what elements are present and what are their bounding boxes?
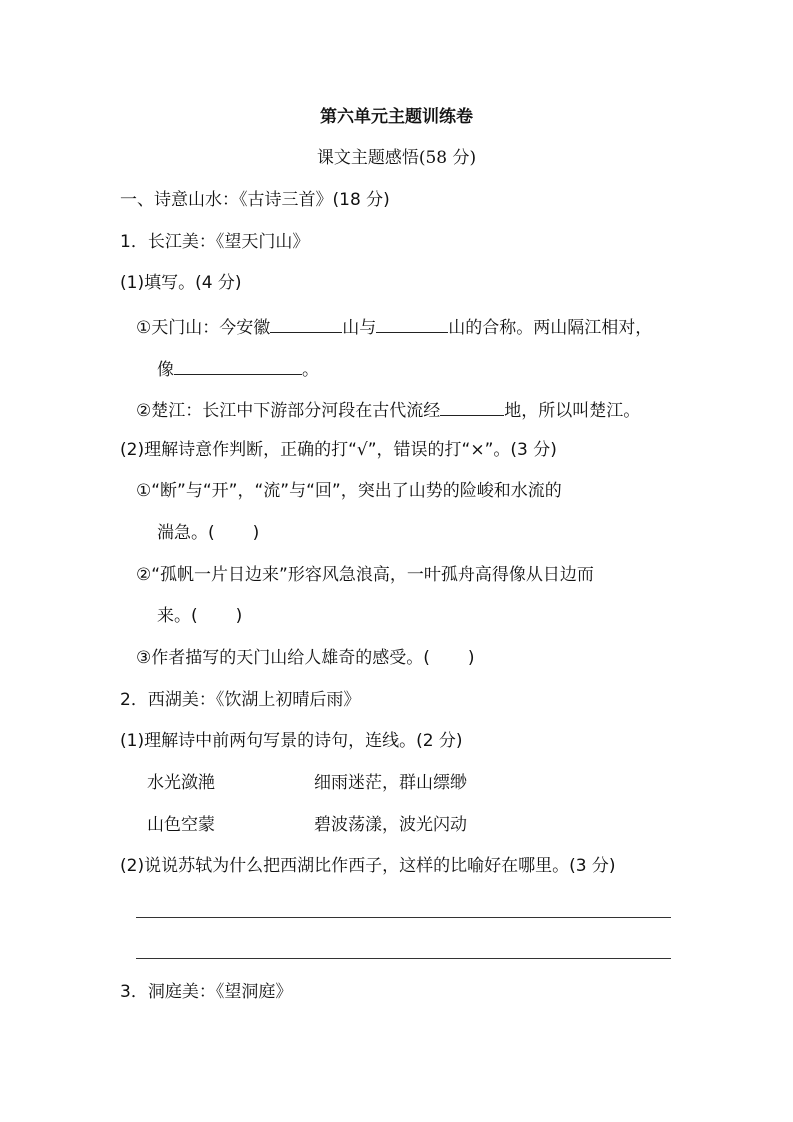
question-2-heading: 2．西湖美：《饮湖上初晴后雨》 <box>120 689 360 711</box>
match-left-2[interactable]: 山色空蒙 <box>147 814 215 836</box>
q1-item1-text-e: 。 <box>302 360 319 380</box>
q1-item1-text-d: 像 <box>157 360 174 380</box>
q1-part2-label: (2)理解诗意作判断，正确的打“√”，错误的打“×”。(3 分) <box>120 439 557 461</box>
q2-part1-label: (1)理解诗中前两句写景的诗句，连线。(2 分) <box>120 730 463 752</box>
q1-item2-text-b: 地，所以叫楚江。 <box>504 401 640 421</box>
match-left-1[interactable]: 水光潋滟 <box>147 772 215 794</box>
page-subtitle: 课文主题感悟(58 分) <box>0 147 793 169</box>
judge-item-1-line2: 湍急。() <box>157 522 259 544</box>
q1-item1: ①天门山：今安徽山与山的合称。两山隔江相对， <box>136 314 652 339</box>
question-1-heading: 1．长江美：《望天门山》 <box>120 231 309 253</box>
judge-item-3-text: ③作者描写的天门山给人雄奇的感受。( <box>136 648 430 668</box>
judge-item-2-line2: 来。() <box>157 605 242 627</box>
fill-blank-3[interactable] <box>174 356 302 375</box>
q1-item1-text-b: 山与 <box>342 318 376 338</box>
q1-item1-text-a: ①天门山：今安徽 <box>136 318 270 338</box>
judge-item-1-text: 湍急。( <box>157 523 215 543</box>
judge-item-2-line1: ②“孤帆一片日边来”形容风急浪高，一叶孤舟高得像从日边而 <box>136 564 594 586</box>
page-title: 第六单元主题训练卷 <box>0 106 793 128</box>
close-paren: ) <box>468 648 475 668</box>
question-3-heading: 3．洞庭美：《望洞庭》 <box>120 981 292 1003</box>
judge-item-3: ③作者描写的天门山给人雄奇的感受。() <box>136 647 475 669</box>
fill-blank-2[interactable] <box>376 314 448 333</box>
judge-item-1-line1: ①“断”与“开”，“流”与“回”，突出了山势的险峻和水流的 <box>136 480 562 502</box>
fill-blank-1[interactable] <box>270 314 342 333</box>
q2-part2-label: (2)说说苏轼为什么把西湖比作西子，这样的比喻好在哪里。(3 分) <box>120 855 616 877</box>
answer-line-2[interactable] <box>136 958 671 959</box>
q1-item2: ②楚江：长江中下游部分河段在古代流经地，所以叫楚江。 <box>136 397 640 422</box>
q1-item1-text-c: 山的合称。两山隔江相对， <box>448 318 652 338</box>
judge-item-2-text: 来。( <box>157 606 198 626</box>
match-right-1[interactable]: 细雨迷茫，群山缥缈 <box>314 772 467 794</box>
close-paren: ) <box>253 523 260 543</box>
fill-blank-4[interactable] <box>440 397 504 416</box>
q1-item1-cont: 像。 <box>157 356 319 381</box>
q1-item2-text-a: ②楚江：长江中下游部分河段在古代流经 <box>136 401 440 421</box>
match-right-2[interactable]: 碧波荡漾，波光闪动 <box>314 814 467 836</box>
answer-line-1[interactable] <box>136 917 671 918</box>
q1-part1-label: (1)填写。(4 分) <box>120 272 242 294</box>
close-paren: ) <box>236 606 243 626</box>
section-heading: 一、诗意山水：《古诗三首》(18 分) <box>120 189 390 211</box>
